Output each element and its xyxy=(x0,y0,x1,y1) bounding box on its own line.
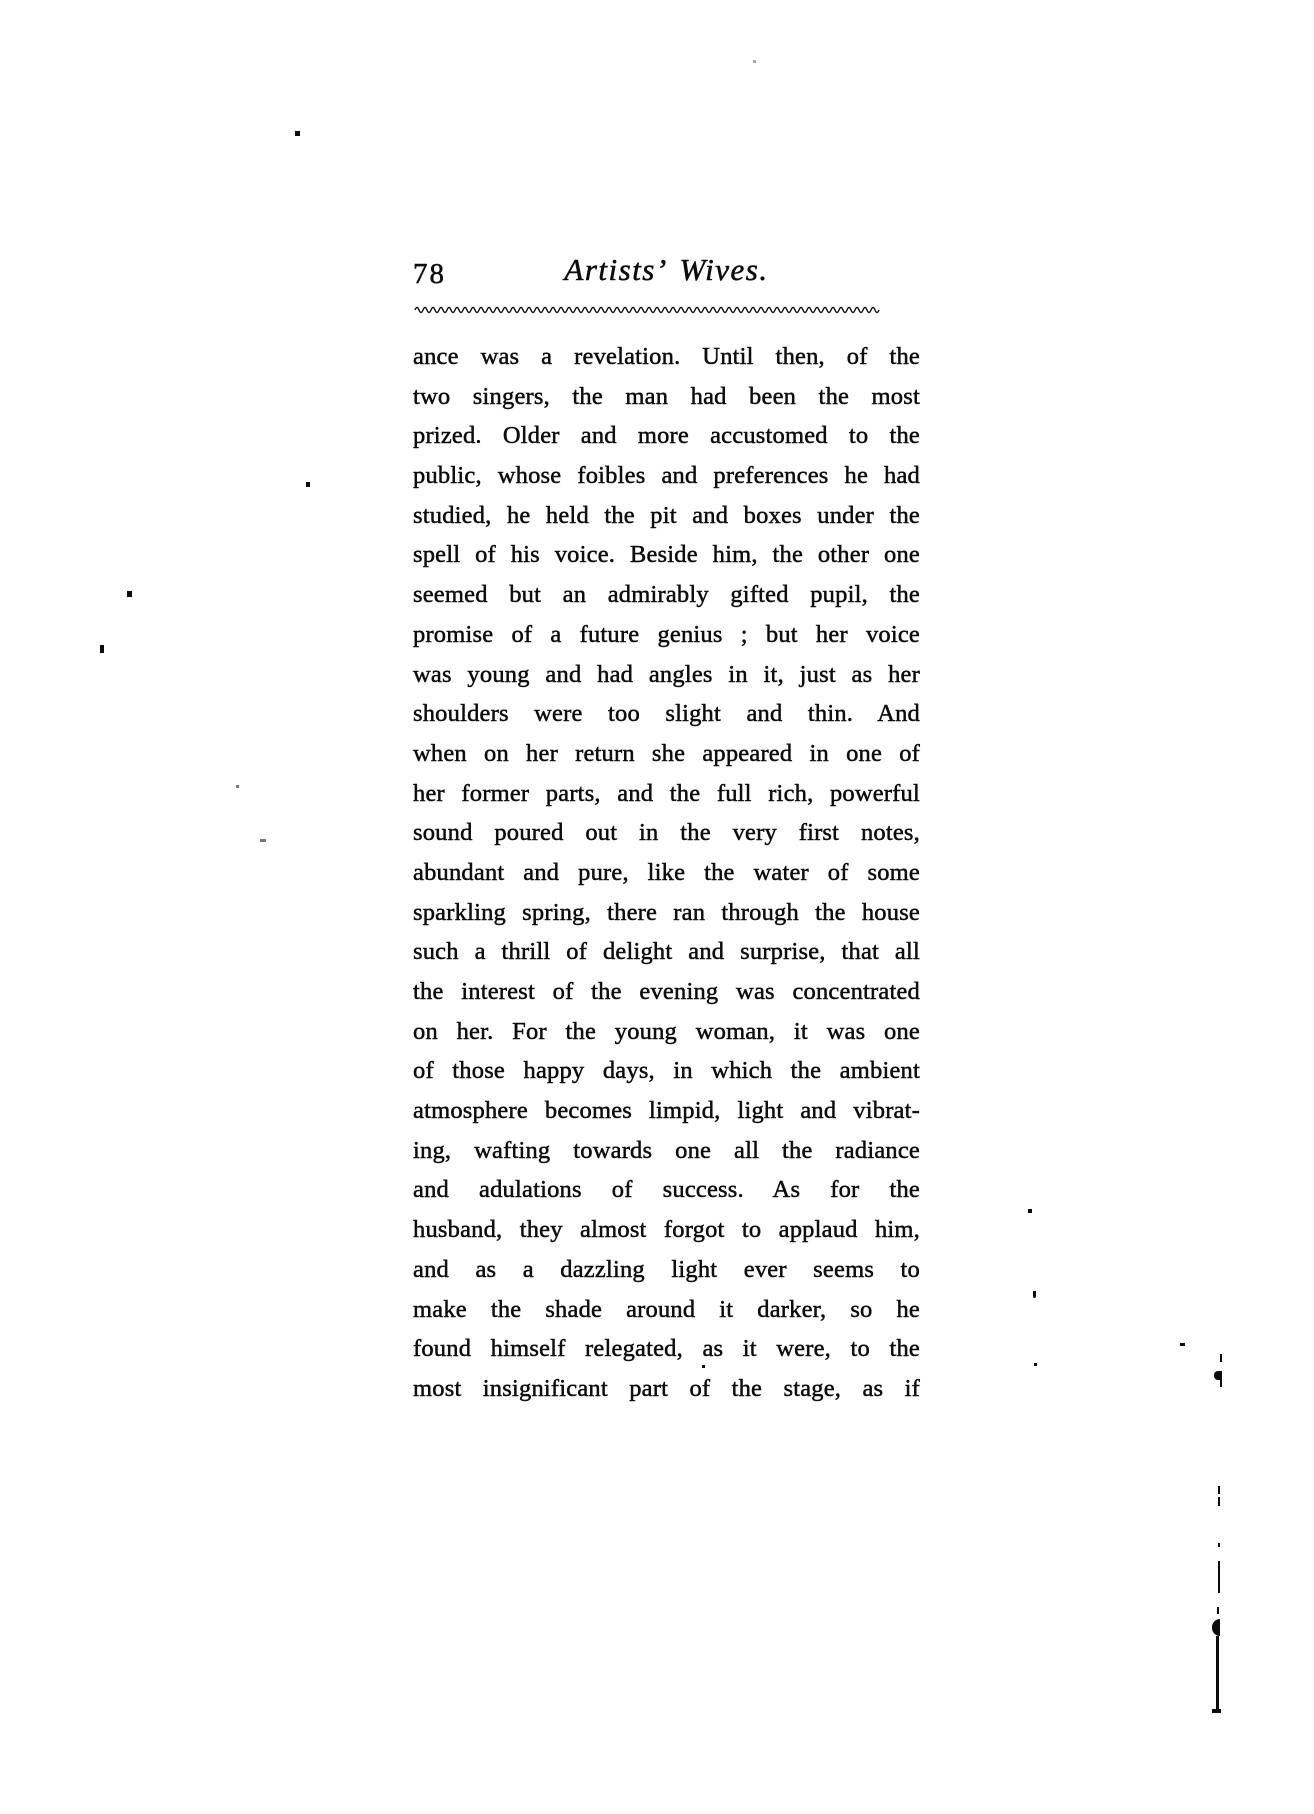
scan-mark xyxy=(1220,1371,1222,1387)
scan-speck xyxy=(1034,1363,1037,1366)
body-text-line: ance was a revelation. Until then, of th… xyxy=(413,337,920,377)
scan-speck xyxy=(702,1365,705,1368)
body-text-line: shoulders were too slight and thin. And xyxy=(413,694,920,734)
scan-mark xyxy=(1220,1354,1222,1362)
scan-mark xyxy=(1180,1343,1185,1346)
body-text-line: when on her return she appeared in one o… xyxy=(413,734,920,774)
body-text-line: seemed but an admirably gifted pupil, th… xyxy=(413,575,920,615)
scan-speck xyxy=(260,839,266,842)
body-text-line: spell of his voice. Beside him, the othe… xyxy=(413,535,920,575)
scan-mark xyxy=(1216,1636,1219,1712)
body-text-line: most insignificant part of the stage, as… xyxy=(413,1369,920,1409)
body-text-block: ance was a revelation. Until then, of th… xyxy=(413,337,920,1409)
scan-mark xyxy=(1218,1543,1220,1547)
body-text-line: sound poured out in the very first notes… xyxy=(413,813,920,853)
scan-speck xyxy=(306,482,310,487)
scan-speck xyxy=(1028,1209,1032,1213)
body-text-line: of those happy days, in which the ambien… xyxy=(413,1051,920,1091)
scan-speck xyxy=(753,60,756,63)
body-text-line: such a thrill of delight and surprise, t… xyxy=(413,932,920,972)
body-text-line: make the shade around it darker, so he xyxy=(413,1290,920,1330)
body-text-line: promise of a future genius ; but her voi… xyxy=(413,615,920,655)
scan-mark xyxy=(1212,1709,1221,1713)
body-text-line: two singers, the man had been the most xyxy=(413,377,920,417)
scan-speck xyxy=(127,591,132,597)
body-text-line: atmosphere becomes limpid, light and vib… xyxy=(413,1091,920,1131)
scan-mark xyxy=(1212,1619,1220,1636)
body-text-line: studied, he held the pit and boxes under… xyxy=(413,496,920,536)
page-header: 78 Artists’ Wives. xyxy=(413,252,920,300)
wavy-rule-icon xyxy=(414,303,880,317)
body-text-line: on her. For the young woman, it was one xyxy=(413,1012,920,1052)
running-title: Artists’ Wives. xyxy=(413,252,920,288)
body-text-line: sparkling spring, there ran through the … xyxy=(413,893,920,933)
scan-mark xyxy=(1218,1486,1220,1494)
scan-speck xyxy=(295,131,300,136)
body-text-line: prized. Older and more accustomed to the xyxy=(413,416,920,456)
body-text-line: public, whose foibles and preferences he… xyxy=(413,456,920,496)
body-text-line: found himself relegated, as it were, to … xyxy=(413,1329,920,1369)
scan-mark xyxy=(1218,1561,1220,1593)
scan-speck xyxy=(1033,1291,1036,1298)
wavy-rule-path xyxy=(415,308,879,313)
body-text-line: was young and had angles in it, just as … xyxy=(413,655,920,695)
body-text-line: her former parts, and the full rich, pow… xyxy=(413,774,920,814)
scan-mark xyxy=(1218,1497,1220,1506)
body-text-line: the interest of the evening was concentr… xyxy=(413,972,920,1012)
scan-speck xyxy=(236,785,239,788)
scan-speck xyxy=(100,645,104,653)
body-text-line: and adulations of success. As for the xyxy=(413,1170,920,1210)
body-text-line: husband, they almost forgot to applaud h… xyxy=(413,1210,920,1250)
body-text-line: ing, wafting towards one all the radianc… xyxy=(413,1131,920,1171)
body-text-line: and as a dazzling light ever seems to xyxy=(413,1250,920,1290)
body-text-line: abundant and pure, like the water of som… xyxy=(413,853,920,893)
book-page: 78 Artists’ Wives. ance was a revelation… xyxy=(0,0,1314,1814)
scan-mark xyxy=(1217,1607,1219,1614)
